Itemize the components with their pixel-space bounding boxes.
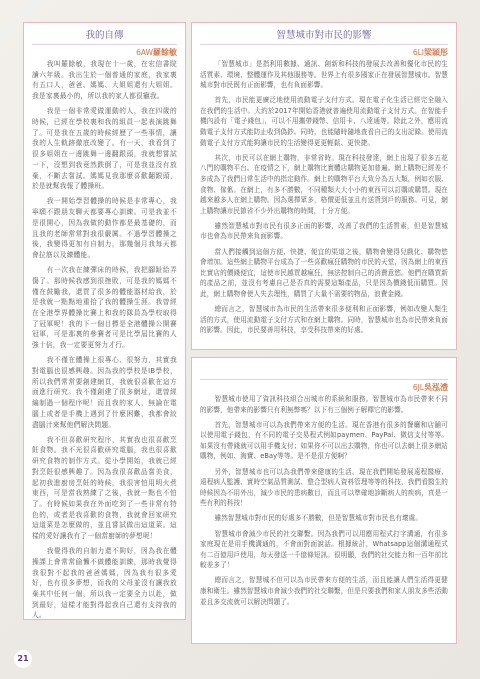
page-number: 21 xyxy=(14,650,32,668)
article-title: 智慧城市對市民的影響 xyxy=(200,29,448,43)
paragraph: 其次，市民可以在網上購物，非常省時。現在科技發達，網上出現了很多五花八門的購物平… xyxy=(200,153,448,217)
paragraph: 首先，智慧城市可以為我們帶來方便的生活。現在香港有很多的餐廳和店舖可以使用電子錢… xyxy=(200,420,448,462)
article-author: 6JL吳泓澧 xyxy=(200,382,448,394)
paragraph: 當人們接觸到這個方便、快捷、便宜的渠道之後，購物會變得兒戲化、購物慾會增加。這些… xyxy=(200,247,448,300)
article-title xyxy=(200,364,448,378)
paragraph: 我是一個非常愛做運動的人，我在四歲的時候，已經在學校裏和我的組員一起表演跳舞了。… xyxy=(32,106,177,192)
paragraph: 雖然智慧城市對市民的好處多不勝數，但是智慧城市對市民也有壞處。 xyxy=(200,513,448,524)
paragraph: 雖然智慧城市對市民有很多正面的影響，改善了我們的生活質素，但是智慧城市也會為市民… xyxy=(200,221,448,242)
paragraph: 智慧城市會減少市民的社交聯繫。因為我們可以用應用程式打字溝通，有很多家庭現在是用… xyxy=(200,529,448,571)
article-smart-city-1: 智慧城市對市民的影響 6LI梁穎彤 「智慧城市」是指利用數據、通訊、創新和科技的… xyxy=(191,22,457,350)
article-author: 6AW羅餘敏 xyxy=(32,47,177,59)
paragraph: 我不僅在體操上很專心、很努力，其實我對電腦也很感興趣。因為我的學校是IB學校，所… xyxy=(32,355,177,430)
paragraph: 「智慧城市」是指利用數據、通訊、創新和科技的發展去改善和優化市民的生活質素、環境… xyxy=(200,59,448,91)
paragraph: 有一次我在練彈床的時候，我把腳趾給弄傷了。那時候我感到很挫敗，可是我的媽媽不僅在… xyxy=(32,265,177,351)
paragraph: 首先，市民能更廣泛地使用流動電子支付方式。現在電子化生活已經完全融入在我們的生活… xyxy=(200,95,448,148)
paragraph: 我覺得我的自制力還不夠好，因為我在體操課上會常常偷懶不做體能訓練，那時我覺得我很… xyxy=(32,546,177,621)
article-autobiography: 我的自傳 6AW羅餘敏 我叫羅餘敏，我現在十一歲，在宏信書院讀六年級。我出生於一… xyxy=(23,22,186,620)
paragraph: 智慧城市使用了資訊科技組合出城市的系統和服務。智慧城市為市民帶來不同的影響，他帶… xyxy=(200,394,448,415)
paragraph: 另外，智慧城市也可以為我們帶來健康的生活。現在我們開始發展遠程醫療、遠程病人監護… xyxy=(200,467,448,509)
author-name: 吳泓澧 xyxy=(424,383,448,392)
article-author: 6LI梁穎彤 xyxy=(200,47,448,59)
author-class: 6AW xyxy=(136,48,153,57)
article-smart-city-2: 6JL吳泓澧 智慧城市使用了資訊科技組合出城市的系統和服務。智慧城市為市民帶來不… xyxy=(191,357,457,644)
title-divider xyxy=(200,44,448,45)
author-name: 梁穎彤 xyxy=(424,48,448,57)
paragraph: 我不但喜歡研究程序，其實我也很喜歡烹飪食物。我不光很喜歡研究電腦，我也很喜歡研究… xyxy=(32,435,177,542)
author-class: 6JL xyxy=(413,383,424,392)
paragraph: 我一開始學習體操的時候是非常專心，我寧願不跟朋友聊天都要專心訓練。可是我並不是很… xyxy=(32,196,177,260)
paragraph: 總而言之，智慧城市為市民的生活帶來很多便利和正面影響，例如改變人類生活的方式，使… xyxy=(200,304,448,336)
author-name: 羅餘敏 xyxy=(153,48,177,57)
paragraph: 我叫羅餘敏，我現在十一歲，在宏信書院讀六年級。我出生於一個普通的家庭，我家裏有五… xyxy=(32,59,177,102)
author-class: 6LI xyxy=(413,48,424,57)
article-title: 我的自傳 xyxy=(32,29,177,43)
title-divider xyxy=(32,44,177,45)
title-divider xyxy=(200,379,448,380)
paragraph: 總而言之，智慧城不但可以為市民帶來方便的生活，而且能讓人們生活得更健康和衛生。雖… xyxy=(200,575,448,607)
